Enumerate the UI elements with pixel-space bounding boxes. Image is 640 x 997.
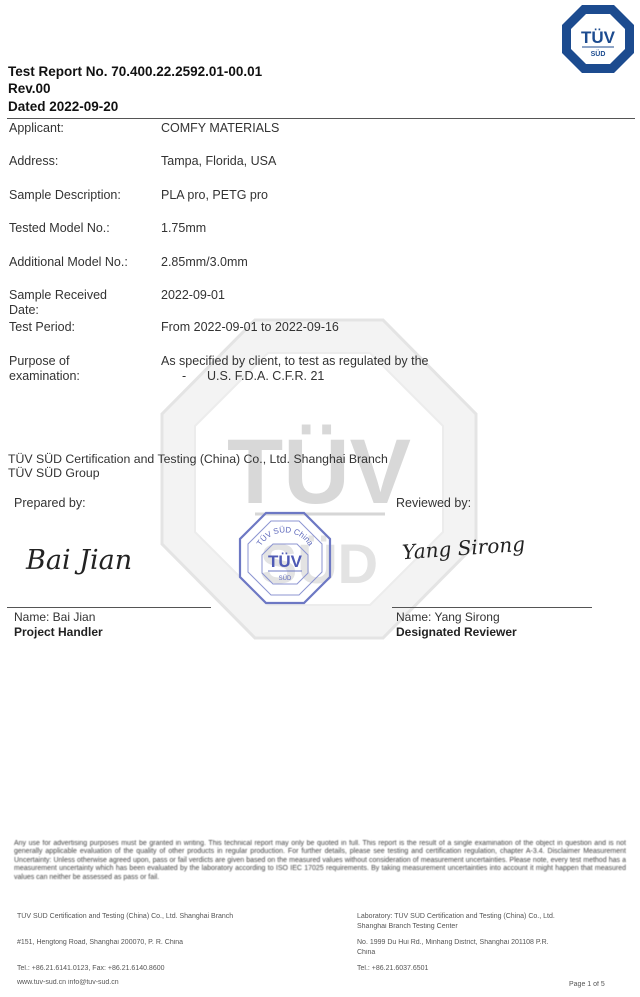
preparer-name: Name: Bai Jian [14, 610, 95, 624]
reviewer-name: Name: Yang Sirong [396, 610, 500, 624]
svg-text:SÜD: SÜD [591, 49, 606, 58]
footer-company: TÜV SÜD Certification and Testing (China… [17, 912, 233, 921]
footer-lab-name-2: Shanghai Branch Testing Center [357, 922, 458, 931]
header-divider [7, 118, 635, 119]
footer-lab-address: No. 1999 Du Hui Rd., Minhang District, S… [357, 938, 549, 947]
footer-lab-tel: Tel.: +86.21.6037.6501 [357, 964, 428, 973]
footer-website[interactable]: www.tuv-sud.cn info@tuv-sud.cn [17, 978, 119, 987]
svg-text:SÜD: SÜD [279, 575, 292, 582]
purpose-value: As specified by client, to test as regul… [161, 354, 429, 368]
footer-lab-name: Laboratory: TÜV SÜD Certification and Te… [357, 912, 555, 921]
page-number: Page 1 of 5 [569, 980, 605, 989]
footer-address: #151, Hengtong Road, Shanghai 200070, P.… [17, 938, 183, 947]
purpose-label-2: examination: [9, 369, 80, 383]
test-period-label: Test Period: [9, 320, 75, 334]
applicant-label: Applicant: [9, 121, 64, 135]
tested-model-label: Tested Model No.: [9, 221, 110, 235]
test-period-value: From 2022-09-01 to 2022-09-16 [161, 320, 339, 334]
svg-text:TÜV: TÜV [268, 552, 303, 571]
address-label: Address: [9, 154, 58, 168]
additional-model-label: Additional Model No.: [9, 255, 128, 269]
preparer-signature: Bai Jian [26, 545, 132, 576]
revision: Rev.00 [8, 81, 51, 97]
tuv-logo-icon: TÜV SÜD [560, 3, 636, 75]
preparer-role: Project Handler [14, 625, 103, 639]
report-date: Dated 2022-09-20 [8, 99, 118, 115]
reviewer-signature-line [392, 607, 592, 608]
tuv-stamp-icon: TÜV SÜD China TÜV SÜD [238, 511, 332, 605]
reviewed-by-label: Reviewed by: [396, 496, 471, 510]
prepared-by-label: Prepared by: [14, 496, 86, 510]
purpose-label: Purpose of [9, 354, 69, 368]
purpose-regulation: - U.S. F.D.A. C.F.R. 21 [182, 369, 324, 383]
preparer-signature-line [7, 607, 211, 608]
sample-received-label-2: Date: [9, 303, 39, 317]
footer-tel-fax: Tel.: +86.21.6141.0123, Fax: +86.21.6140… [17, 964, 165, 973]
applicant-value: COMFY MATERIALS [161, 121, 279, 135]
address-value: Tampa, Florida, USA [161, 154, 276, 168]
tested-model-value: 1.75mm [161, 221, 206, 235]
report-number: Test Report No. 70.400.22.2592.01-00.01 [8, 64, 262, 80]
sample-description-value: PLA pro, PETG pro [161, 188, 268, 202]
svg-text:TÜV: TÜV [581, 28, 616, 47]
watermark-tuv-text: TÜV [227, 421, 411, 523]
footer-lab-address-2: China [357, 948, 375, 957]
sample-description-label: Sample Description: [9, 188, 121, 202]
additional-model-value: 2.85mm/3.0mm [161, 255, 248, 269]
sample-received-label: Sample Received [9, 288, 107, 302]
sample-received-value: 2022-09-01 [161, 288, 225, 302]
organization-group: TÜV SÜD Group [8, 466, 100, 480]
reviewer-role: Designated Reviewer [396, 625, 517, 639]
legal-disclaimer: Any use for advertising purposes must be… [14, 840, 626, 882]
organization-name: TÜV SÜD Certification and Testing (China… [8, 452, 388, 466]
